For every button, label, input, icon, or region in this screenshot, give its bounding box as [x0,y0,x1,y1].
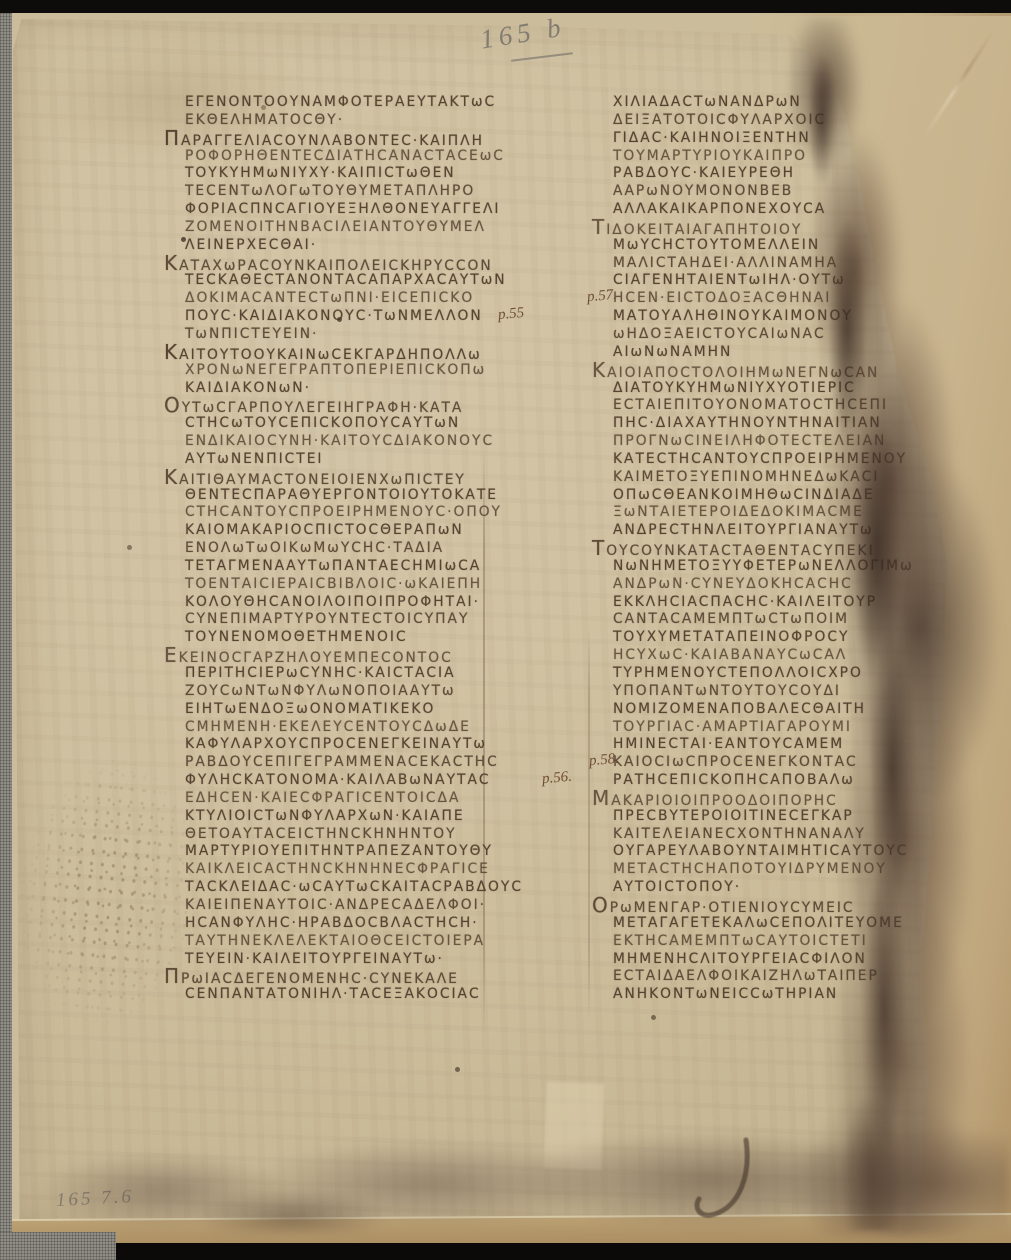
text-line: ΕΚΤΗCΑΜΕΜΠΤωCΑΥΤΟΙCΤΕΤΙ [613,933,999,951]
text-line: ΚΑΙΤΟΥΤΟΟΥΚΑΙΝωCΕΚΓΑΡΔΗΠΟΛΛω [164,344,571,362]
text-line: ΤΟΥΚΥΗΜωΝΙΥΧΥ·ΚΑΙΠΙCΤωΘΕΝ [185,165,571,183]
text-line: ΦΥΛΗCΚΑΤΟΝΟΜΑ·ΚΑΙΛΑΒωΝΑΥΤΑC [185,772,571,790]
text-line: ΞωΝΤΑΙΕΤΕΡΟΙΔΕΔΟΚΙΜΑCΜΕ [613,504,999,522]
enlarged-initial: Ο [592,893,610,917]
text-line: ΦΟΡΙΑCΠΝCΑΓΙΟΥΕΞΗΛΘΟΝΕΥΑΓΓΕΛΙ [185,201,571,219]
text-line: ΚΑΤΑΧωΡΑCΟΥΝΚΑΙΠΟΛΕΙCΚΗΡΥCCΟΝ [164,255,571,273]
text-line: ΑΑΡωΝΟΥΜΟΝΟΝΒΕΒ [613,183,999,201]
text-line: ΗCΥΧωC·ΚΑΙΑΒΑΝΑΥCωCΑΛ [613,647,999,665]
text-line: ΕΚΘΕΛΗΜΑΤΟCΘΥ· [185,112,571,130]
photo-frame-top [0,0,1011,13]
text-line: ΝωΝΗΜΕΤΟΞΥΥΦΕΤΕΡωΝΕΛΛΟΓΙΜω [613,558,999,576]
enlarged-initial: Τ [592,536,606,560]
text-line: ΕCΤΑΙΔΑΕΛΦΟΙΚΑΙΖΗΛωΤΑΙΠΕΡ [613,968,999,986]
text-line: ΕΙΗΤωΕΝΔΟΞωΟΝΟΜΑΤΙΚΕΚΟ [185,701,571,719]
left-text-column: ΕΓΕΝΟΝΤΟΟΥΝΑΜΦΟΤΕΡΑΕΥΤΑΚΤωCΕΚΘΕΛΗΜΑΤΟCΘΥ… [185,94,571,1004]
text-line: ΕΝΟΛωΤωΟΙΚωΜωΥCΗC·ΤΑΔΙΑ [185,540,571,558]
text-line: ΛΕΙΝΕΡΧΕCΘΑΙ· [185,237,571,255]
text-line: ΟΥΤωCΓΑΡΠΟΥΛΕΓΕΙΗΓΡΑΦΗ·ΚΑΤΑ [164,397,571,415]
text-line: ΚΑΙΟΜΑΚΑΡΙΟCΠΙCΤΟCΘΕΡΑΠωΝ [185,522,571,540]
text-line: ΘΕΝΤΕCΠΑΡΑΘΥΕΡΓΟΝΤΟΙΟΥΤΟΚΑΤΕ [185,487,571,505]
pencil-shelfmark: 165 7.6 [55,1186,134,1212]
text-line: ΜΑΛΙCΤΑΗΔΕΙ·ΑΛΛΙΝΑΜΗΑ [613,255,999,273]
text-line: ΘΕΤΟΑΥΤΑCΕΙCΤΗΝCΚΗΝΗΝΤΟΥ [185,826,571,844]
text-line: ΝΟΜΙΖΟΜΕΝΑΠΟΒΑΛΕCΘΑΙΤΗ [613,701,999,719]
enlarged-initial: Μ [592,786,611,810]
vertical-crease [588,626,590,1021]
margin-note: p.55 [497,305,525,324]
text-line: ΤΙΔΟΚΕΙΤΑΙΑΓΑΠΗΤΟΙΟΥ [592,219,999,237]
text-line: ΜΑΤΟΥΑΛΗΘΙΝΟΥΚΑΙΜΟΝΟΥ [613,308,999,326]
text-line: CΑΝΤΑCΑΜΕΜΠΤωCΤωΠΟΙΜ [613,611,999,629]
text-line: ΑΙωΝωΝΑΜΗΝ [613,344,999,362]
album-page: ΕΓΕΝΟΝΤΟΟΥΝΑΜΦΟΤΕΡΑΕΥΤΑΚΤωCΕΚΘΕΛΗΜΑΤΟCΘΥ… [12,10,1011,1248]
text-line: ΗΜΙΝΕCΤΑΙ·ΕΑΝΤΟΥCΑΜΕΜ [613,736,999,754]
text-line: ΚΑΙΤΙΘΑΥΜΑCΤΟΝΕΙΟΙΕΝΧωΠΙCΤΕΥ [164,469,571,487]
text-line: ΠΑΡΑΓΓΕΛΙΑCΟΥΝΛΑΒΟΝΤΕC·ΚΑΙΠΛΗ [164,130,571,148]
text-line: ΠΗC·ΔΙΑΧΑΥΤΗΝΟΥΝΤΗΝΑΙΤΙΑΝ [613,415,999,433]
text-line: ΤΑΥΤΗΝΕΚΛΕΛΕΚΤΑΙΟΘCΕΙCΤΟΙΕΡΑ [185,933,571,951]
text-line: ΚΑΦΥΛΑΡΧΟΥCΠΡΟCΕΝΕΓΚΕΙΝΑΥΤω [185,736,571,754]
text-line: ΕΚΕΙΝΟCΓΑΡΖΗΛΟΥΕΜΠΕCΟΝΤΟC [164,647,571,665]
text-line: ΗCΕΝ·ΕΙCΤΟΔΟΞΑCΘΗΝΑΙ [613,290,999,308]
text-line: ΠΡΟΓΝωCΙΝΕΙΛΗΦΟΤΕCΤΕΛΕΙΑΝ [613,433,999,451]
text-line: ΡΑΒΔΟΥCΕΠΙΓΕΓΡΑΜΜΕΝΑCΕΚΑCΤΗC [185,754,571,772]
text-line: ΖΟΜΕΝΟΙΤΗΝΒΑCΙΛΕΙΑΝΤΟΥΘΥΜΕΛ [185,219,571,237]
text-line: ΕΓΕΝΟΝΤΟΟΥΝΑΜΦΟΤΕΡΑΕΥΤΑΚΤωC [185,94,571,112]
text-line: ΧΡΟΝωΝΕΓΕΓΡΑΠΤΟΠΕΡΙΕΠΙCΚΟΠω [185,362,571,380]
text-line: ΔΕΙΞΑΤΟΤΟΙCΦΥΛΑΡΧΟΙC [613,112,999,130]
text-line: CΕΝΠΑΝΤΑΤΟΝΙΗΛ·ΤΑCΕΞΑΚΟCΙΑC [185,986,571,1004]
text-line: ΕΝΔΙΚΑΙΟCΥΝΗ·ΚΑΙΤΟΥCΔΙΑΚΟΝΟΥC [185,433,571,451]
ink-hook-mark [688,1134,762,1228]
cloth-backdrop-corner [0,1232,116,1260]
text-line: ΠΡΕCΒΥΤΕΡΟΙΟΙΤΙΝΕCΕΓΚΑΡ [613,808,999,826]
text-line: ΑΛΛΑΚΑΙΚΑΡΠΟΝΕΧΟΥCΑ [613,201,999,219]
text-line: ΚΑΙΟΙΑΠΟCΤΟΛΟΙΗΜωΝΕΓΝωCΑΝ [592,362,999,380]
text-line: ΚΑΤΕCΤΗCΑΝΤΟΥCΠΡΟΕΙΡΗΜΕΝΟΥ [613,451,999,469]
text-line: ΚΑΙΕΙΠΕΝΑΥΤΟΙC·ΑΝΔΡΕCΑΔΕΛΦΟΙ· [185,897,571,915]
text-line: ΤΟΥΝΕΝΟΜΟΘΕΤΗΜΕΝΟΙC [185,629,571,647]
text-line: ΠΡωΙΑCΔΕΓΕΝΟΜΕΝΗC·CΥΝΕΚΑΛΕ [164,968,571,986]
enlarged-initial: Κ [592,358,607,382]
text-line: ΓΙΔΑC·ΚΑΙΗΝΟΙΞΕΝΤΗΝ [613,130,999,148]
text-line: ΡΑΒΔΟΥC·ΚΑΙΕΥΡΕΘΗ [613,165,999,183]
enlarged-initial: Κ [164,465,179,489]
text-line: ΡΟΦΟΡΗΘΕΝΤΕCΔΙΑΤΗCΑΝΑCΤΑCΕωC [185,148,571,166]
text-line: ΤΕΥΕΙΝ·ΚΑΙΛΕΙΤΟΥΡΓΕΙΝΑΥΤω· [185,951,571,969]
text-line: ΚΤΥΛΙΟΙCΤωΝΦΥΛΑΡΧωΝ·ΚΑΙΑΠΕ [185,808,571,826]
text-line: ΤΟΥΜΑΡΤΥΡΙΟΥΚΑΙΠΡΟ [613,148,999,166]
text-line: ΕΚΚΛΗCΙΑCΠΑCΗC·ΚΑΙΛΕΙΤΟΥΡ [613,594,999,612]
enlarged-initial: Ο [164,393,182,417]
enlarged-initial: Κ [164,251,179,275]
text-line: ΕCΤΑΙΕΠΙΤΟΥΟΝΟΜΑΤΟCΤΗCΕΠΙ [613,397,999,415]
text-line: CΙΑΓΕΝΗΤΑΙΕΝΤωΙΗΛ·ΟΥΤω [613,272,999,290]
text-line: ωΗΔΟΞΑΕΙCΤΟΥCΑΙωΝΑC [613,326,999,344]
enlarged-initial: Ε [164,643,179,667]
text-line: ΚΑΙΚΛΕΙCΑCΤΗΝCΚΗΝΗΝΕCΦΡΑΓΙCΕ [185,861,571,879]
text-line: ΤΕΤΑΓΜΕΝΑΑΥΤωΠΑΝΤΑΕCΗΜΙωCΑ [185,558,571,576]
text-line: ΑΥΤωΝΕΝΠΙCΤΕΙ [185,451,571,469]
text-line: ΜΕΤΑΓΑΓΕΤΕΚΑΛωCΕΠΟΛΙΤΕΥΟΜΕ [613,915,999,933]
text-line: ΜωΥCΗCΤΟΥΤΟΜΕΛΛΕΙΝ [613,237,999,255]
text-line: ΜΗΜΕΝΗCΛΙΤΟΥΡΓΕΙΑCΦΙΛΟΝ [613,951,999,969]
text-line: ΤΟΥΧΥΜΕΤΑΤΑΠΕΙΝΟΦΡΟCΥ [613,629,999,647]
text-line: ΟΥΓΑΡΕΥΛΑΒΟΥΝΤΑΙΜΗΤΙCΑΥΤΟΥC [613,843,999,861]
margin-note: p.56. [541,769,572,789]
text-line: CΤΗCΑΝΤΟΥCΠΡΟΕΙΡΗΜΕΝΟΥC·ΟΠΟΥ [185,504,571,522]
text-line: CΥΝΕΠΙΜΑΡΤΥΡΟΥΝΤΕCΤΟΙCΥΠΑΥ [185,611,571,629]
text-line: ΠΕΡΙΤΗCΙΕΡωCΥΝΗC·ΚΑΙCΤΑCΙΑ [185,665,571,683]
margin-note: p.58. [588,751,619,771]
enlarged-initial: Π [164,964,181,988]
text-line: ΚΑΙΤΕΛΕΙΑΝΕCΧΟΝΤΗΝΑΝΑΛΥ [613,826,999,844]
text-line: ΤΕCΕΝΤωΛΟΓωΤΟΥΘΥΜΕΤΑΠΛΗΡΟ [185,183,571,201]
enlarged-initial: Τ [592,215,606,239]
right-text-column: ΧΙΛΙΑΔΑCΤωΝΑΝΔΡωΝΔΕΙΞΑΤΟΤΟΙCΦΥΛΑΡΧΟΙCΓΙΔ… [613,94,999,1004]
text-line: ΕΔΗCΕΝ·ΚΑΙΕCΦΡΑΓΙCΕΝΤΟΙCΔΑ [185,790,571,808]
text-line: ΜΕΤΑCΤΗCΗΑΠΟΤΟΥΙΔΡΥΜΕΝΟΥ [613,861,999,879]
text-line: ΤΥΡΗΜΕΝΟΥCΤΕΠΟΛΛΟΙCΧΡΟ [613,665,999,683]
text-line: ΜΑΚΑΡΙΟΙΟΙΠΡΟΟΔΟΙΠΟΡΗC [592,790,999,808]
text-line: ΔΙΑΤΟΥΚΥΗΜωΝΙΥΧΥΟΤΙΕΡΙC [613,380,999,398]
text-line: ΟΡωΜΕΝΓΑΡ·ΟΤΙΕΝΙΟΥCΥΜΕΙC [592,897,999,915]
margin-note: p.57. [586,287,617,307]
text-line: ΧΙΛΙΑΔΑCΤωΝΑΝΔΡωΝ [613,94,999,112]
enlarged-initial: Κ [164,340,179,364]
text-line: ΚΑΙΟCΙωCΠΡΟCΕΝΕΓΚΟΝΤΑC [613,754,999,772]
text-line: ΟΠωCΘΕΑΝΚΟΙΜΗΘωCΙΝΔΙΑΔΕ [613,487,999,505]
text-line: ΤωΝΠΙCΤΕΥΕΙΝ· [185,326,571,344]
text-line: ΑΝΗΚΟΝΤωΝΕΙCCωΤΗΡΙΑΝ [613,986,999,1004]
text-line: ΤΟΕΝΤΑΙCΙΕΡΑΙCΒΙΒΛΟΙC·ωΚΑΙΕΠΗ [185,576,571,594]
text-line: ΤΟΥΡΓΙΑC·ΑΜΑΡΤΙΑΓΑΡΟΥΜΙ [613,719,999,737]
text-line: ΤΕCΚΑΘΕCΤΑΝΟΝΤΑCΑΠΑΡΧΑCΑΥΤωΝ [185,272,571,290]
text-line: ΚΟΛΟΥΘΗCΑΝΟΙΛΟΙΠΟΙΠΡΟΦΗΤΑΙ· [185,594,571,612]
text-line: ΥΠΟΠΑΝΤωΝΤΟΥΤΟΥCΟΥΔΙ [613,683,999,701]
text-line: ΑΝΔΡωΝ·CΥΝΕΥΔΟΚΗCΑCΗC [613,576,999,594]
photo-frame-bottom [0,1243,1011,1260]
text-line: CΤΗCωΤΟΥCΕΠΙCΚΟΠΟΥCΑΥΤωΝ [185,415,571,433]
enlarged-initial: Π [164,126,181,150]
text-line: ΖΟΥCωΝΤωΝΦΥΛωΝΟΠΟΙΑΑΥΤω [185,683,571,701]
text-line: CΜΗΜΕΝΗ·ΕΚΕΛΕΥCΕΝΤΟΥCΔωΔΕ [185,719,571,737]
text-line: ΚΑΙΔΙΑΚΟΝωΝ· [185,380,571,398]
text-line: ΑΥΤΟΙCΤΟΠΟΥ· [613,879,999,897]
text-line: ΡΑΤΗCΕΠΙCΚΟΠΗCΑΠΟΒΑΛω [613,772,999,790]
text-line: ΤΑCΚΛΕΙΔΑC·ωCΑΥΤωCΚΑΙΤΑCΡΑΒΔΟΥC [185,879,571,897]
text-line: ΚΑΙΜΕΤΟΞΥΕΠΙΝΟΜΗΝΕΔωΚΑCΙ [613,469,999,487]
text-line: ΜΑΡΤΥΡΙΟΥΕΠΙΤΗΝΤΡΑΠΕΖΑΝΤΟΥΘΥ [185,843,571,861]
text-line: ΑΝΔΡΕCΤΗΝΛΕΙΤΟΥΡΓΙΑΝΑΥΤω [613,522,999,540]
text-line: ΤΟΥCΟΥΝΚΑΤΑCΤΑΘΕΝΤΑCΥΠΕΚΙ [592,540,999,558]
text-line: ΗCΑΝΦΥΛΗC·ΗΡΑΒΔΟCΒΛΑCΤΗCΗ· [185,915,571,933]
manuscript-photograph: ΕΓΕΝΟΝΤΟΟΥΝΑΜΦΟΤΕΡΑΕΥΤΑΚΤωCΕΚΘΕΛΗΜΑΤΟCΘΥ… [0,0,1011,1260]
